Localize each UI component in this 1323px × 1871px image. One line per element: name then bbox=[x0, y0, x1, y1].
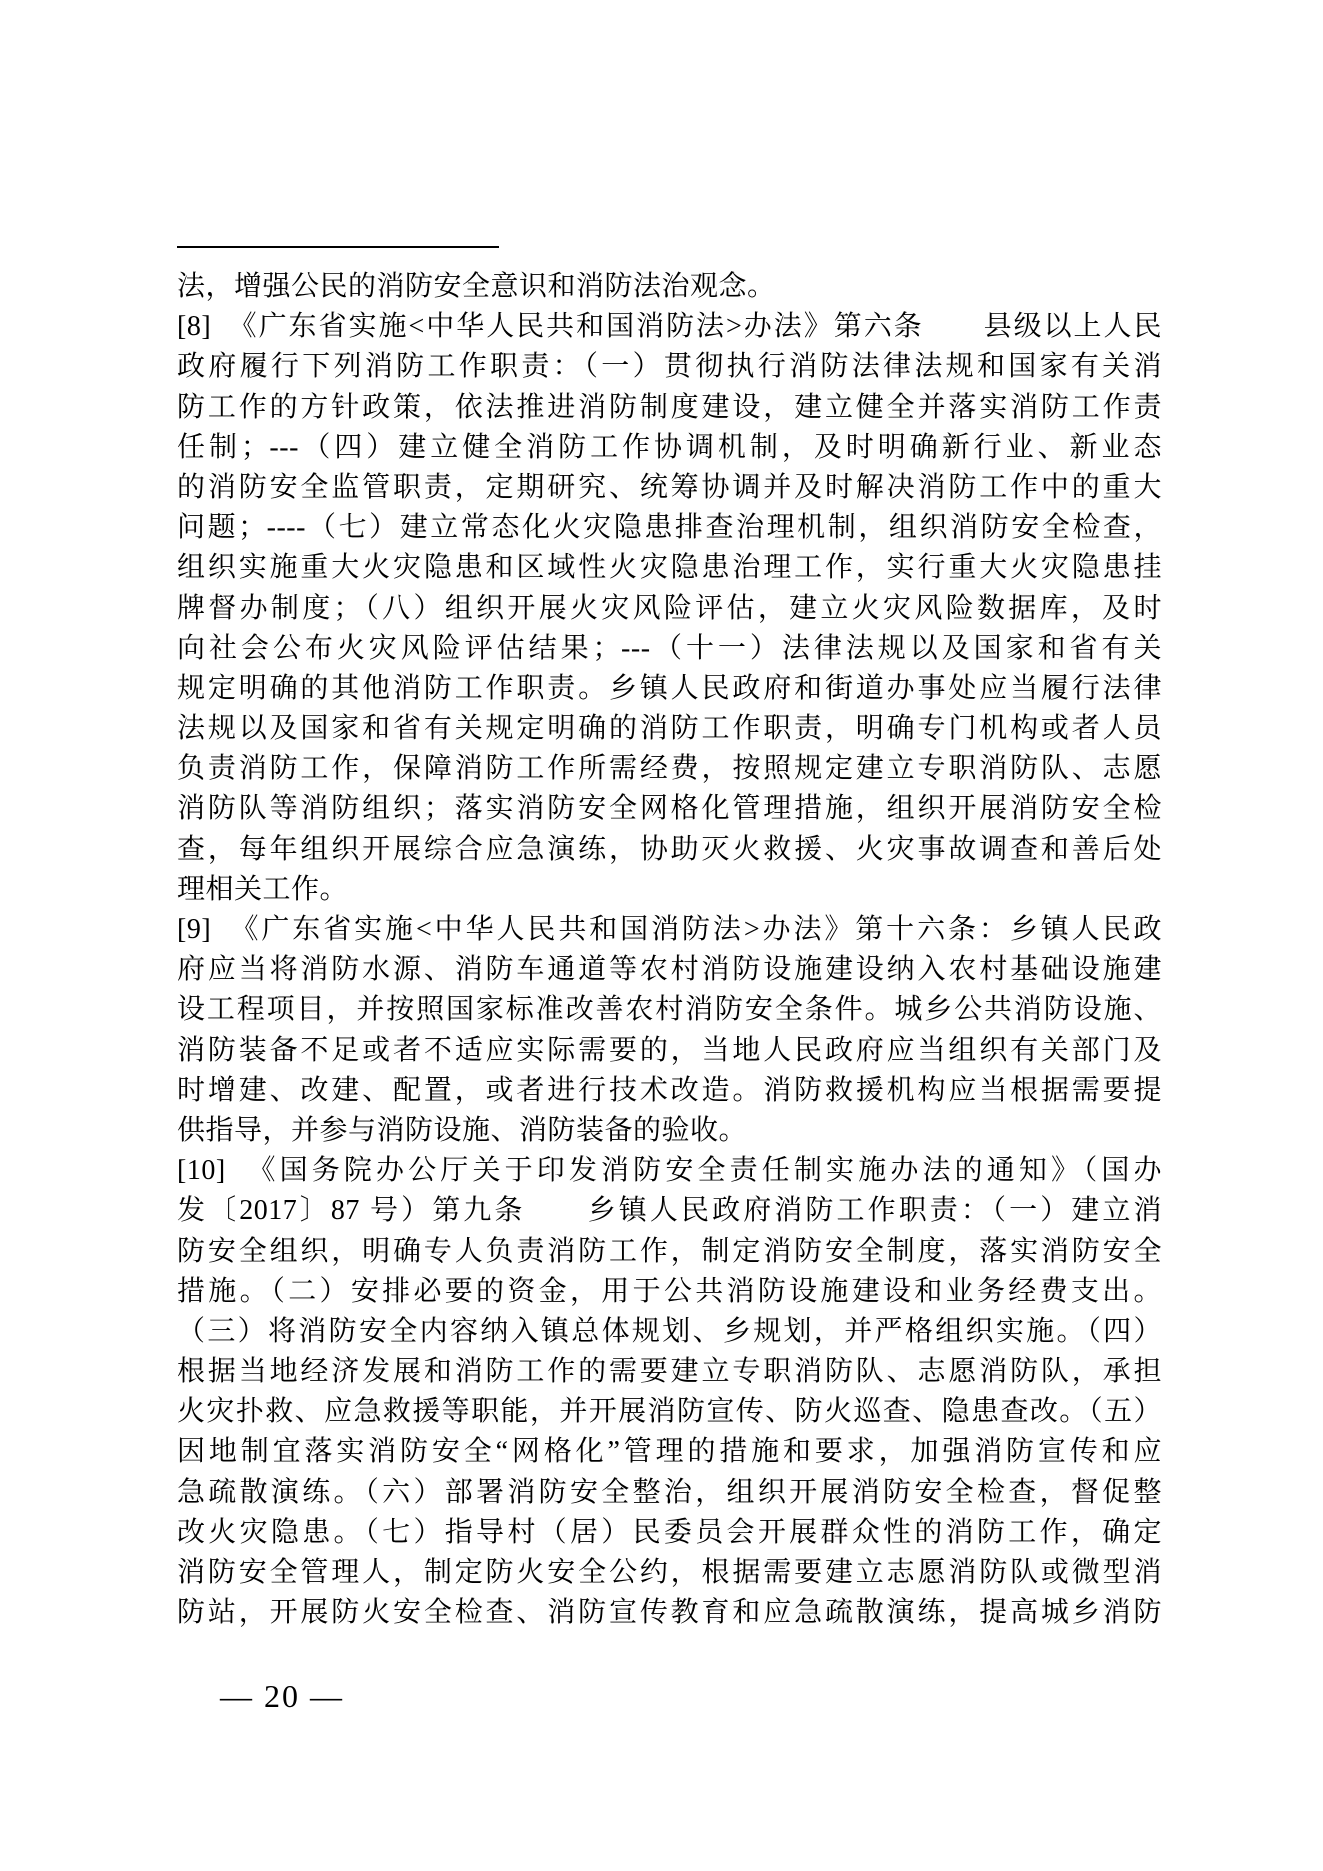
footnote-line: 根据当地经济发展和消防工作的需要建立专职消防队、志愿消防队，承担 bbox=[177, 1352, 1162, 1392]
footnote-line: 设工程项目，并按照国家标准改善农村消防安全条件。城乡公共消防设施、 bbox=[177, 990, 1162, 1030]
footnote-line: 任制；---（四）建立健全消防工作协调机制，及时明确新行业、新业态 bbox=[177, 428, 1162, 468]
footnote-line: 政府履行下列消防工作职责：（一）贯彻执行消防法律法规和国家有关消 bbox=[177, 347, 1162, 387]
footnotes-text: 法，增强公民的消防安全意识和消防法治观念。[8] 《广东省实施<中华人民共和国消… bbox=[177, 267, 1162, 1633]
footnote-line: [10] 《国务院办公厅关于印发消防安全责任制实施办法的通知》（国办 bbox=[177, 1151, 1162, 1191]
footnote-line: 消防队等消防组织；落实消防安全网格化管理措施，组织开展消防安全检 bbox=[177, 789, 1162, 829]
footnote-separator-rule bbox=[177, 246, 499, 248]
footnote-line: （三）将消防安全内容纳入镇总体规划、乡规划，并严格组织实施。（四） bbox=[177, 1312, 1162, 1352]
footnote-line: [9] 《广东省实施<中华人民共和国消防法>办法》第十六条：乡镇人民政 bbox=[177, 910, 1162, 950]
footnote-line: 负责消防工作，保障消防工作所需经费，按照规定建立专职消防队、志愿 bbox=[177, 749, 1162, 789]
footnote-line: 因地制宜落实消防安全“网格化”管理的措施和要求，加强消防宣传和应 bbox=[177, 1432, 1162, 1472]
footnote-line: 发〔2017〕87 号）第九条 乡镇人民政府消防工作职责：（一）建立消 bbox=[177, 1191, 1162, 1231]
footnote-line: [8] 《广东省实施<中华人民共和国消防法>办法》第六条 县级以上人民 bbox=[177, 307, 1162, 347]
document-page: 法，增强公民的消防安全意识和消防法治观念。[8] 《广东省实施<中华人民共和国消… bbox=[0, 0, 1323, 1871]
footnote-line: 理相关工作。 bbox=[177, 870, 1162, 910]
footnote-line: 的消防安全监管职责，定期研究、统筹协调并及时解决消防工作中的重大 bbox=[177, 468, 1162, 508]
footnote-line: 法，增强公民的消防安全意识和消防法治观念。 bbox=[177, 267, 1162, 307]
footnote-line: 问题；----（七）建立常态化火灾隐患排查治理机制，组织消防安全检查， bbox=[177, 508, 1162, 548]
footnote-line: 法规以及国家和省有关规定明确的消防工作职责，明确专门机构或者人员 bbox=[177, 709, 1162, 749]
page-number: — 20 — bbox=[220, 1676, 344, 1716]
footnote-line: 措施。（二）安排必要的资金，用于公共消防设施建设和业务经费支出。 bbox=[177, 1272, 1162, 1312]
footnote-line: 改火灾隐患。（七）指导村（居）民委员会开展群众性的消防工作，确定 bbox=[177, 1513, 1162, 1553]
footnote-line: 规定明确的其他消防工作职责。乡镇人民政府和街道办事处应当履行法律 bbox=[177, 669, 1162, 709]
footnote-line: 查，每年组织开展综合应急演练，协助灭火救援、火灾事故调查和善后处 bbox=[177, 830, 1162, 870]
footnote-line: 消防安全管理人，制定防火安全公约，根据需要建立志愿消防队或微型消 bbox=[177, 1553, 1162, 1593]
footnote-line: 供指导，并参与消防设施、消防装备的验收。 bbox=[177, 1111, 1162, 1151]
footnote-line: 防站，开展防火安全检查、消防宣传教育和应急疏散演练，提高城乡消防 bbox=[177, 1593, 1162, 1633]
footnote-line: 火灾扑救、应急救援等职能，并开展消防宣传、防火巡查、隐患查改。（五） bbox=[177, 1392, 1162, 1432]
footnote-line: 向社会公布火灾风险评估结果；---（十一）法律法规以及国家和省有关 bbox=[177, 629, 1162, 669]
footnote-line: 时增建、改建、配置，或者进行技术改造。消防救援机构应当根据需要提 bbox=[177, 1071, 1162, 1111]
footnote-line: 组织实施重大火灾隐患和区域性火灾隐患治理工作，实行重大火灾隐患挂 bbox=[177, 548, 1162, 588]
footnote-line: 府应当将消防水源、消防车通道等农村消防设施建设纳入农村基础设施建 bbox=[177, 950, 1162, 990]
footnote-line: 消防装备不足或者不适应实际需要的，当地人民政府应当组织有关部门及 bbox=[177, 1031, 1162, 1071]
footnote-line: 急疏散演练。（六）部署消防安全整治，组织开展消防安全检查，督促整 bbox=[177, 1473, 1162, 1513]
footnote-line: 防安全组织，明确专人负责消防工作，制定消防安全制度，落实消防安全 bbox=[177, 1232, 1162, 1272]
footnote-line: 防工作的方针政策，依法推进消防制度建设，建立健全并落实消防工作责 bbox=[177, 388, 1162, 428]
footnote-line: 牌督办制度；（八）组织开展火灾风险评估，建立火灾风险数据库，及时 bbox=[177, 589, 1162, 629]
